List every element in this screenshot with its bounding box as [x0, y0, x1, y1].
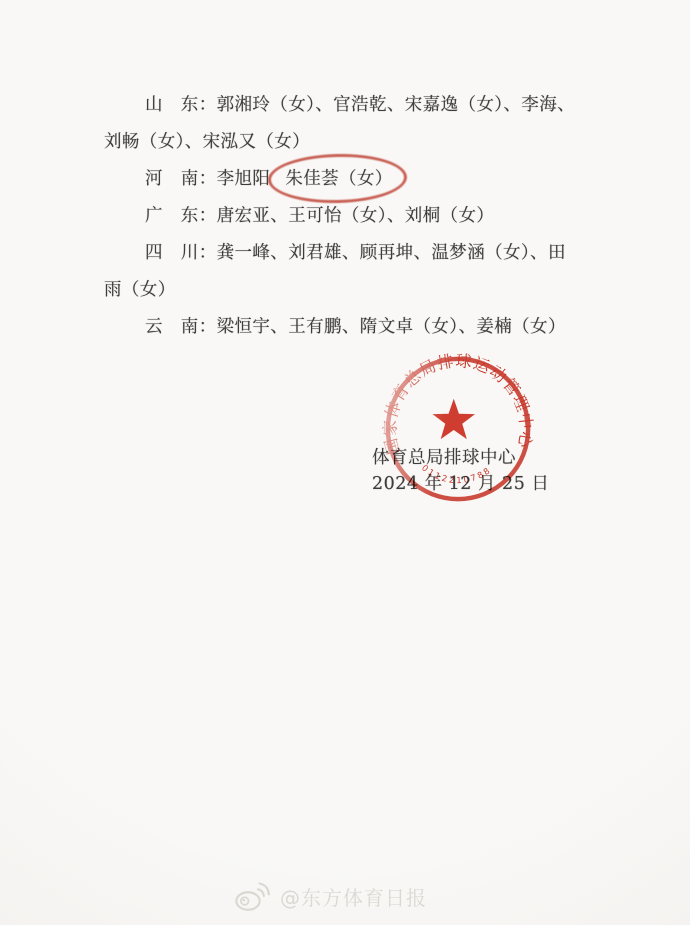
signature-org: 体育总局排球中心: [372, 444, 516, 469]
watermark-handle: @东方体育日报: [280, 882, 427, 911]
roster-line-henan: 河 南：李旭阳朱佳荟（女）: [145, 167, 393, 192]
document-page: 山 东：郭湘玲（女）、官浩乾、宋嘉逸（女）、李海、 刘畅（女）、宋泓又（女） 河…: [0, 0, 690, 925]
signature-date: 2024 年 12 月 25 日: [372, 470, 549, 495]
watermark: @东方体育日报: [233, 878, 427, 914]
roster-line-yunnan: 云 南：梁恒宇、王有鹏、隋文卓（女）、姜楠（女）: [145, 315, 566, 340]
roster-line-shandong: 山 东：郭湘玲（女）、官浩乾、宋嘉逸（女）、李海、: [145, 93, 575, 118]
seal-ring-text: 国家体育总局排球运动管理中心: [380, 351, 535, 456]
circled-name: 朱佳荟（女）: [285, 169, 392, 189]
roster-line-shandong-cont: 刘畅（女）、宋泓又（女）: [104, 130, 310, 155]
star-icon: [433, 399, 476, 439]
weibo-icon: [233, 878, 273, 914]
roster-line-guangdong: 广 东：唐宏亚、王可怡（女）、刘桐（女）: [145, 204, 494, 229]
svg-text:国家体育总局排球运动管理中心: 国家体育总局排球运动管理中心: [380, 351, 535, 456]
roster-line-sichuan: 四 川：龚一峰、刘君雄、顾再坤、温梦涵（女）、田: [145, 241, 566, 266]
red-circle-annotation: 朱佳荟（女）: [285, 167, 392, 192]
roster-line-sichuan-cont: 雨（女）: [104, 278, 176, 303]
roster-line-henan-prefix: 河 南：李旭阳: [145, 169, 270, 189]
